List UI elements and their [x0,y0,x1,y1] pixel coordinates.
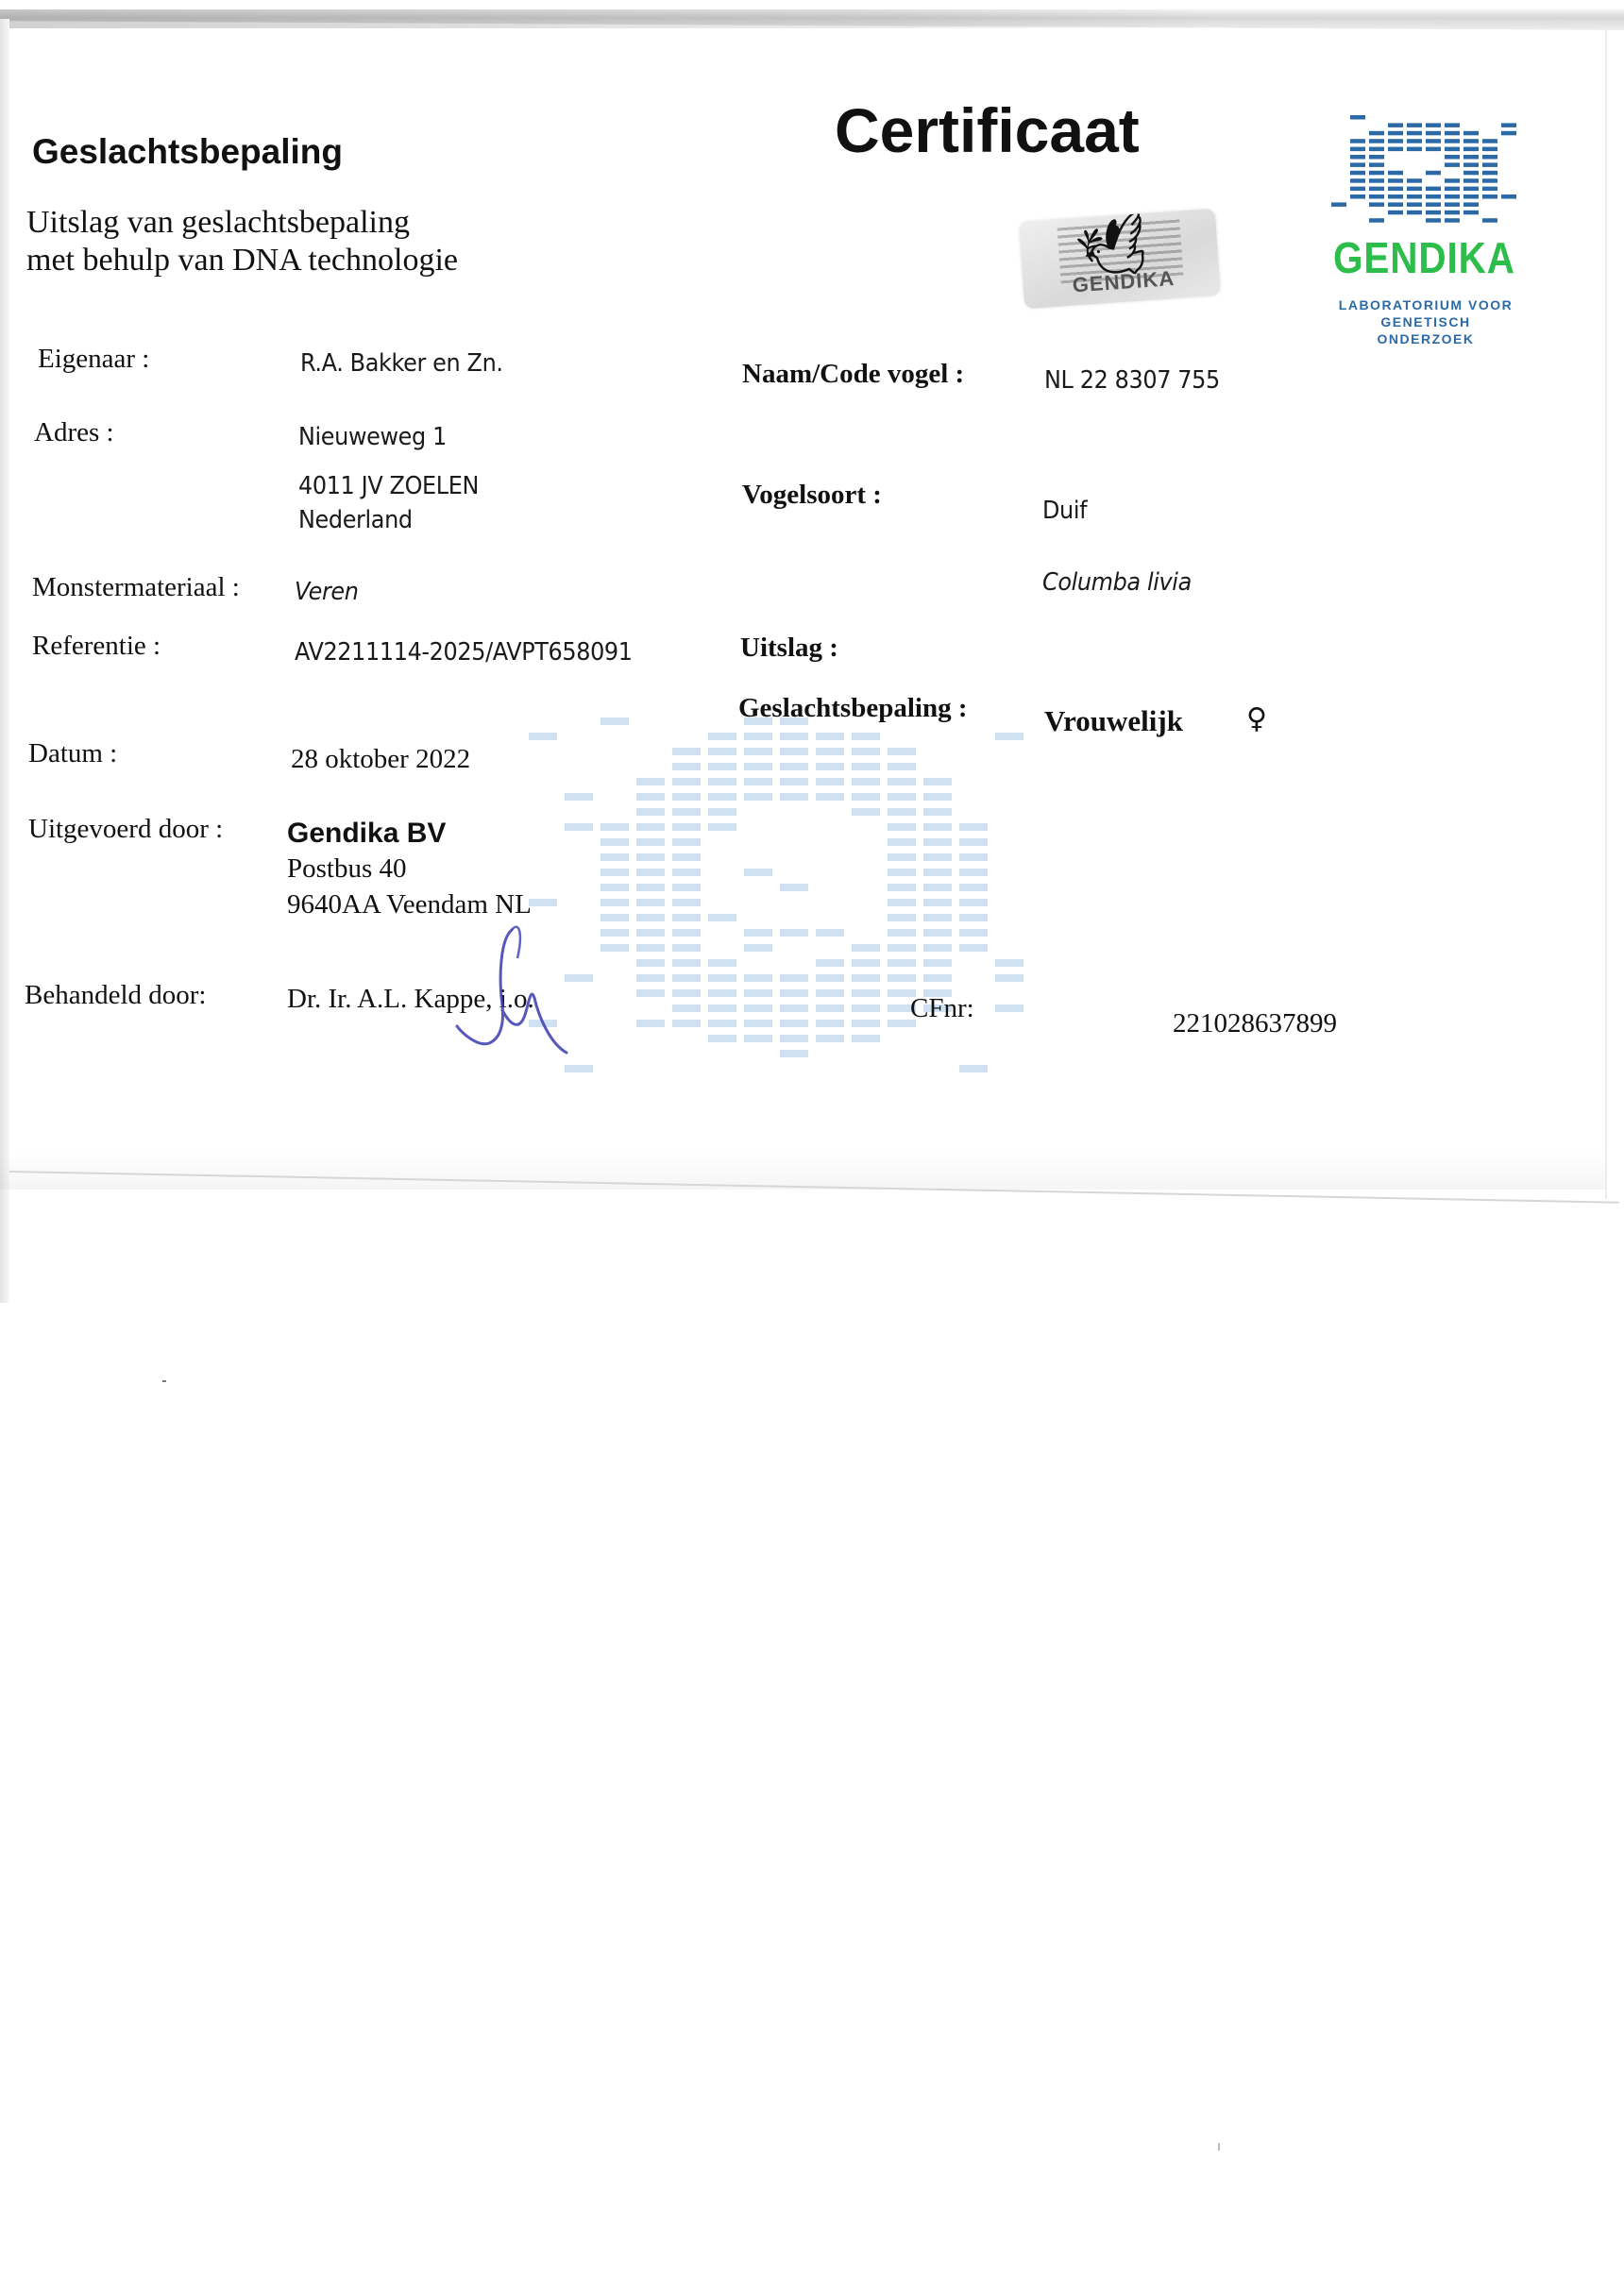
scan-edge-left [0,19,9,1303]
cf-number-label: CFnr: [910,993,974,1024]
address-label: Adres : [34,417,114,448]
card-edge-right [1605,28,1607,1199]
signature-icon [444,920,595,1062]
performed-by-label: Uitgevoerd door : [28,814,223,845]
bird-code-value: NL 22 8307 755 [1044,366,1220,395]
document-subtitle: Uitslag van geslachtsbepaling met behulp… [26,204,612,279]
owner-value: R.A. Bakker en Zn. [300,349,503,378]
reference-value: AV2211114-2025/AVPT658091 [295,638,633,667]
date-label: Datum : [28,738,117,769]
brand-tagline: LABORATORIUM VOOR GENETISCH ONDERZOEK [1335,296,1516,347]
sample-material-value: Veren [295,578,359,606]
sex-determination-value: Vrouwelijk [1044,704,1183,738]
scan-shadow-top [0,9,1624,28]
gendika-logo-icon [1331,115,1520,227]
cf-number-value: 221028637899 [1173,1008,1337,1039]
result-label: Uitslag : [740,633,838,664]
hologram-seal: 🕊 GENDIKA [1019,209,1221,309]
owner-label: Eigenaar : [38,344,149,375]
certificate-heading: Certificaat [835,94,1140,166]
document-title: Geslachtsbepaling [32,132,343,172]
address-line-3: Nederland [298,506,413,534]
subtitle-line-2: met behulp van DNA technologie [26,242,612,279]
brand-tagline-line-2: GENETISCH ONDERZOEK [1335,313,1516,347]
performed-by-company: Gendika BV [287,818,446,850]
scan-speck [1218,2143,1220,2151]
scan-speck [162,1380,166,1382]
performed-by-line-2: 9640AA Veendam NL [287,889,532,920]
handled-by-label: Behandeld door: [25,980,206,1011]
bird-species-common: Duif [1042,497,1087,525]
address-line-2: 4011 JV ZOELEN [298,472,479,500]
female-symbol-icon: ♀ [1246,702,1267,735]
bird-code-label: Naam/Code vogel : [742,359,964,390]
dna-watermark [529,717,1095,1086]
date-value: 28 oktober 2022 [291,744,470,775]
brand-tagline-line-1: LABORATORIUM VOOR [1335,296,1516,313]
subtitle-line-1: Uitslag van geslachtsbepaling [26,204,612,242]
brand-name: GENDIKA [1333,232,1515,283]
sex-determination-label: Geslachtsbepaling : [738,693,968,724]
bird-species-label: Vogelsoort : [742,480,882,511]
address-line-1: Nieuweweg 1 [298,423,447,451]
sample-material-label: Monstermateriaal : [32,572,240,603]
card-shadow-bottom [0,1152,1605,1190]
performed-by-line-1: Postbus 40 [287,853,407,885]
reference-label: Referentie : [32,631,161,662]
bird-species-latin: Columba livia [1042,568,1192,597]
